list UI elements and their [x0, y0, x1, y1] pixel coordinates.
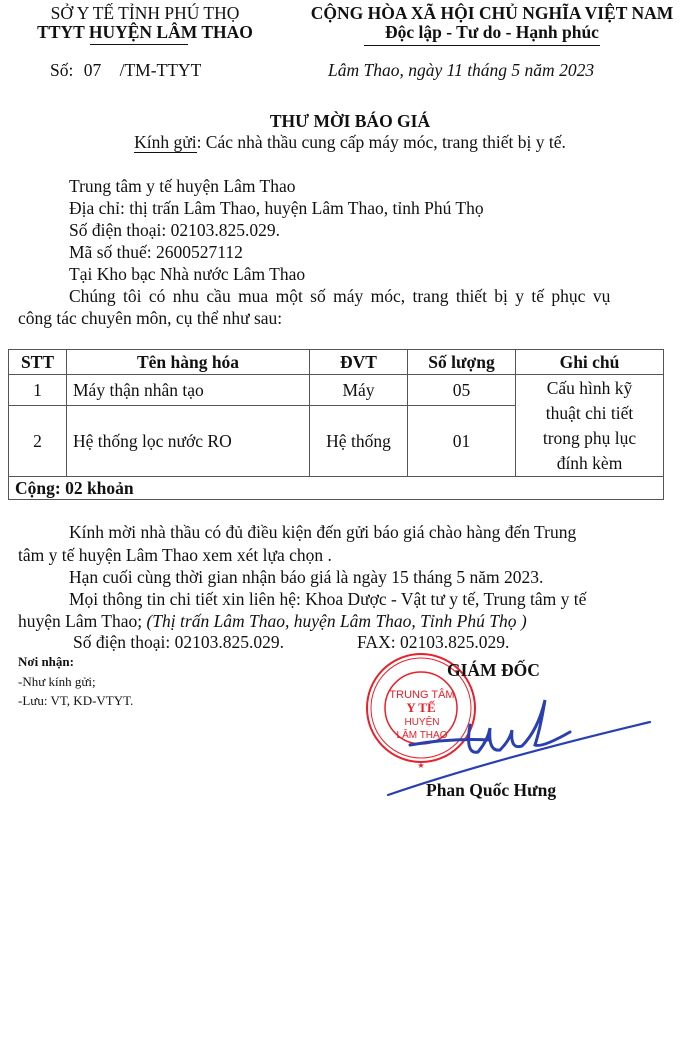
recipients-item: -Lưu: VT, KD-VTYT. — [18, 693, 133, 709]
signer-name: Phan Quốc Hưng — [426, 780, 556, 801]
table-total-row: Cộng: 02 khoản — [9, 477, 664, 500]
signer-position: GIÁM ĐỐC — [447, 660, 540, 681]
sender-name: Trung tâm y tế huyện Lâm Thao — [69, 175, 296, 198]
contact-line-1: Mọi thông tin chi tiết xin liên hệ: Khoa… — [69, 588, 586, 611]
org-underline — [90, 44, 188, 45]
deadline-line: Hạn cuối cùng thời gian nhận báo giá là … — [69, 566, 543, 589]
sender-bank: Tại Kho bạc Nhà nước Lâm Thao — [69, 263, 305, 286]
closing-phone: Số điện thoại: 02103.825.029. — [73, 631, 284, 654]
recipients-label: Nơi nhận: — [18, 654, 74, 670]
motto-underline — [364, 45, 600, 46]
contact-org: huyện Lâm Thao; — [18, 611, 146, 631]
recipient-label: Kính gửi — [134, 132, 196, 153]
sender-address: Địa chỉ: thị trấn Lâm Thao, huyện Lâm Th… — [69, 197, 484, 220]
national-title: CỘNG HÒA XÃ HỘI CHỦ NGHĨA VIỆT NAM — [282, 3, 700, 24]
table-header-row: STT Tên hàng hóa ĐVT Số lượng Ghi chú — [9, 350, 664, 375]
cell-quantity: 05 — [408, 375, 516, 406]
cell-unit: Máy — [310, 375, 408, 406]
contact-line-2: huyện Lâm Thao; (Thị trấn Lâm Thao, huyệ… — [18, 610, 527, 633]
header-stt: STT — [9, 350, 67, 375]
invite-line-2: tâm y tế huyện Lâm Thao xem xét lựa chọn… — [18, 544, 332, 567]
organization-name: TTYT HUYỆN LÂM THAO — [0, 22, 290, 43]
header-unit: ĐVT — [310, 350, 408, 375]
contact-address: (Thị trấn Lâm Thao, huyện Lâm Thao, Tỉnh… — [146, 611, 526, 631]
doc-number-label: Số: — [50, 60, 73, 80]
sender-phone: Số điện thoại: 02103.825.029. — [69, 219, 280, 242]
organization-name-text: TTYT HUYỆN LÂM THAO — [37, 22, 253, 42]
cell-stt: 1 — [9, 375, 67, 406]
cell-total: Cộng: 02 khoản — [9, 477, 664, 500]
cell-quantity: 01 — [408, 406, 516, 477]
department-name: SỞ Y TẾ TỈNH PHÚ THỌ — [0, 3, 290, 24]
recipients-item: -Như kính gửi; — [18, 674, 96, 690]
document-number: Số: 07 /TM-TTYT — [50, 60, 201, 81]
document-title: THƯ MỜI BÁO GIÁ — [0, 111, 700, 132]
table-row: 1 Máy thận nhân tạo Máy 05 Cấu hình kỹ t… — [9, 375, 664, 406]
national-motto: Độc lập - Tư do - Hạnh phúc — [282, 22, 700, 43]
header-item-name: Tên hàng hóa — [67, 350, 310, 375]
recipient-line: Kính gửi: Các nhà thầu cung cấp máy móc,… — [0, 132, 700, 153]
document-date: Lâm Thao, ngày 11 tháng 5 năm 2023 — [328, 60, 594, 81]
intro-line-1: Chúng tôi có nhu cầu mua một số máy móc,… — [69, 285, 610, 308]
invite-line-1: Kính mời nhà thầu có đủ điều kiện đến gử… — [69, 521, 576, 544]
intro-line-2: công tác chuyên môn, cụ thể như sau: — [18, 307, 282, 330]
cell-note: Cấu hình kỹ thuật chi tiết trong phụ lục… — [516, 375, 664, 477]
header-note: Ghi chú — [516, 350, 664, 375]
recipient-text: : Các nhà thầu cung cấp máy móc, trang t… — [197, 132, 566, 152]
doc-number-suffix: /TM-TTYT — [120, 60, 202, 80]
cell-stt: 2 — [9, 406, 67, 477]
doc-number-value: 07 — [84, 60, 102, 80]
items-table: STT Tên hàng hóa ĐVT Số lượng Ghi chú 1 … — [8, 349, 664, 500]
cell-unit: Hệ thống — [310, 406, 408, 477]
cell-item-name: Hệ thống lọc nước RO — [67, 406, 310, 477]
cell-item-name: Máy thận nhân tạo — [67, 375, 310, 406]
header-quantity: Số lượng — [408, 350, 516, 375]
sender-tax-code: Mã số thuế: 2600527112 — [69, 241, 243, 264]
